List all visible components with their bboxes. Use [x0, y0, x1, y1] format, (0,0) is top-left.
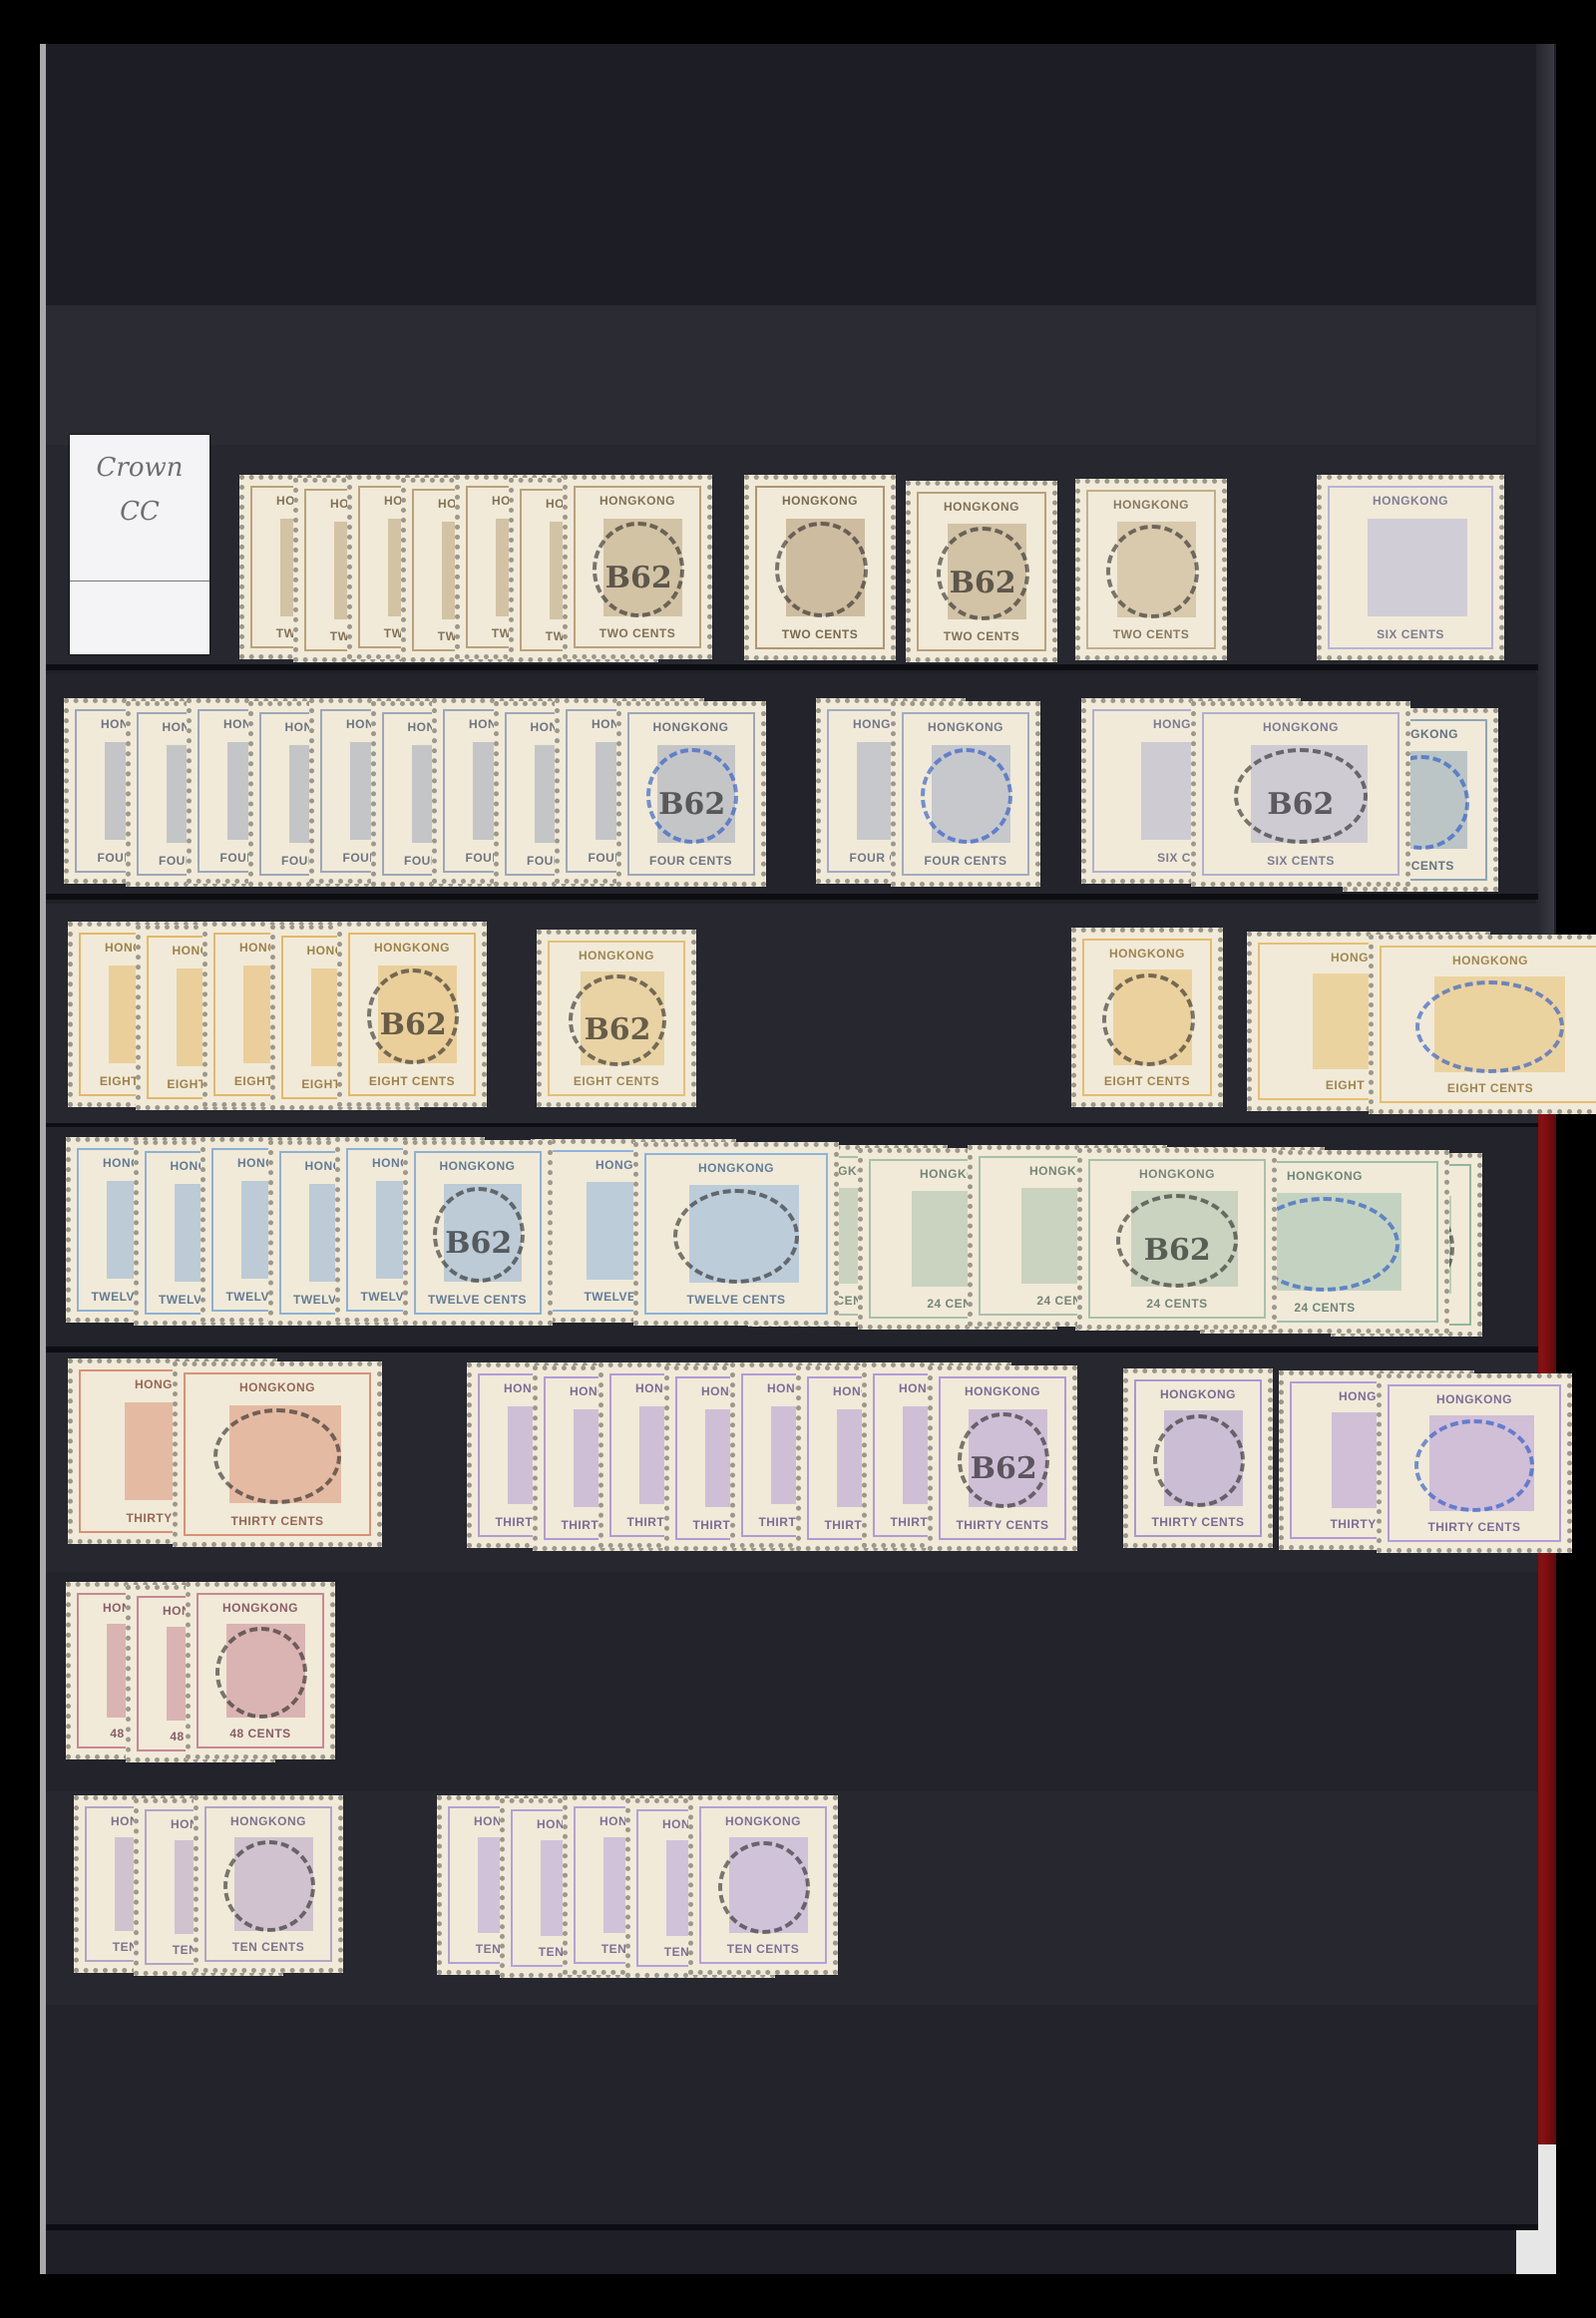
stamp-twelve-cents-strip[interactable]: HONGKONGTWELVE CENTSB62: [403, 1140, 553, 1326]
postmark-cancel: [718, 1841, 810, 1934]
stamp-country: HONGKONG: [1374, 954, 1596, 967]
stamp-ten-cents-a[interactable]: HONGKONGTEN CENTS: [194, 1795, 343, 1973]
postmark-cancel: B62: [433, 1187, 525, 1283]
stamp-country: HONGKONG: [1196, 720, 1405, 734]
stamp-country: HONGKONG: [342, 941, 482, 955]
page-top-band: [46, 44, 1538, 305]
stamp-two-cents-a[interactable]: HONGKONGTWO CENTS: [744, 475, 896, 660]
stamp-country: HONGKONG: [568, 494, 707, 508]
postmark-cancel: B62: [1116, 1194, 1238, 1288]
stamp-value: EIGHT CENTS: [1076, 1074, 1218, 1088]
stamp-ten-cents-b[interactable]: HONGKONGTEN CENTS: [688, 1795, 838, 1975]
stamp-value: 24 CENTS: [1082, 1297, 1272, 1311]
stamp-value: FOUR CENTS: [621, 854, 761, 868]
strip-divider: [46, 664, 1538, 670]
postmark-number: B62: [962, 1451, 1045, 1486]
stamp-thirty-cents-vermilion[interactable]: HONGKONGTHIRTY CENTS: [173, 1361, 382, 1547]
stamp-value: EIGHT CENTS: [542, 1074, 691, 1088]
stamp-six-cents-pair[interactable]: HONGKONGSIX CENTSB62: [1191, 701, 1410, 887]
stamp-country: HONGKONG: [749, 494, 891, 508]
stamp-eight-cents-single[interactable]: HONGKONGEIGHT CENTSB62: [537, 930, 696, 1107]
stamp-value: FOUR CENTS: [896, 854, 1035, 868]
label-rule: [70, 580, 209, 581]
label-line-1: Crown: [70, 453, 209, 483]
stamp-thirty-cents-a[interactable]: HONGKONGTHIRTY CENTS: [1123, 1368, 1273, 1548]
postmark-number: B62: [650, 787, 734, 822]
stamp-value: TWO CENTS: [1080, 627, 1222, 641]
stamp-two-cents-strip[interactable]: HONGKONGTWO CENTSB62: [563, 475, 712, 659]
stamp-value: SIX CENTS: [1196, 854, 1405, 868]
strip-divider: [46, 2224, 1538, 2230]
strip-divider: [46, 894, 1538, 900]
postmark-number: B62: [597, 561, 680, 595]
postmark-cancel: B62: [646, 748, 738, 844]
label-line-2: CC: [70, 497, 209, 527]
stamp-value: TWO CENTS: [911, 629, 1052, 643]
stamp-value: 48 CENTS: [191, 1727, 330, 1740]
stamp-value: TEN CENTS: [199, 1940, 338, 1954]
stamp-eight-cents-strip[interactable]: HONGKONGEIGHT CENTSB62: [337, 922, 487, 1107]
stamp-thirty-cents-mauve-strip[interactable]: HONGKONGTHIRTY CENTSB62: [928, 1365, 1077, 1551]
stamp-twelve-cents-pair[interactable]: HONGKONGTWELVE CENTS: [633, 1142, 839, 1326]
postmark-cancel: B62: [958, 1412, 1049, 1508]
stamp-country: HONGKONG: [408, 1159, 548, 1173]
stamp-24-cents-strip[interactable]: HONGKONG24 CENTSB62: [1077, 1148, 1277, 1330]
stamp-value: TWELVE CENTS: [408, 1293, 548, 1307]
postmark-cancel: [215, 1627, 307, 1719]
stamp-country: HONGKONG: [933, 1384, 1072, 1398]
label-card: Crown CC: [70, 435, 209, 654]
postmark-cancel: [775, 522, 868, 617]
postmark-cancel: [921, 748, 1012, 844]
stamp-value: TWO CENTS: [749, 627, 891, 641]
stamp-eight-cents-pair[interactable]: HONGKONGEIGHT CENTS: [1369, 935, 1596, 1114]
postmark-cancel: [1106, 525, 1199, 618]
stamp-thirty-cents-pair[interactable]: HONGKONGTHIRTY CENTS: [1377, 1373, 1572, 1553]
stamp-value: THIRTY CENTS: [1128, 1515, 1268, 1529]
stamp-value: THIRTY CENTS: [178, 1514, 377, 1528]
stamp-country: HONGKONG: [1082, 1167, 1272, 1181]
stamp-country: HONGKONG: [693, 1814, 833, 1828]
postmark-number: B62: [437, 1226, 521, 1261]
stamp-six-cents-mint[interactable]: HONGKONGSIX CENTS: [1317, 475, 1504, 660]
stamp-country: HONGKONG: [1128, 1387, 1268, 1401]
queen-victoria-portrait: [1368, 519, 1467, 617]
postmark-cancel: [223, 1840, 315, 1932]
stamp-country: HONGKONG: [542, 949, 691, 963]
stamp-value: TWELVE CENTS: [638, 1293, 834, 1307]
stamp-country: HONGKONG: [191, 1601, 330, 1615]
stock-strip: [46, 2005, 1538, 2224]
stamp-value: TWO CENTS: [568, 626, 707, 640]
stamp-country: HONGKONG: [1322, 494, 1499, 508]
stamp-country: HONGKONG: [621, 720, 761, 734]
stamp-country: HONGKONG: [896, 720, 1035, 734]
page-second-band: [46, 305, 1538, 455]
postmark-number: B62: [573, 1012, 662, 1047]
postmark-number: B62: [1238, 787, 1364, 822]
stamp-eight-cents-a[interactable]: HONGKONGEIGHT CENTS: [1071, 928, 1223, 1107]
postmark-cancel: B62: [1234, 748, 1368, 844]
stamp-forty-eight-cents[interactable]: HONGKONG48 CENTS: [186, 1582, 335, 1759]
stamp-country: HONGKONG: [178, 1380, 377, 1394]
stamp-two-cents-c[interactable]: HONGKONGTWO CENTS: [1075, 479, 1227, 660]
postmark-number: B62: [1120, 1233, 1234, 1268]
postmark-cancel: B62: [367, 968, 459, 1064]
postmark-cancel: [673, 1189, 799, 1284]
stamp-country: HONGKONG: [638, 1161, 834, 1175]
postmark-cancel: [213, 1408, 341, 1504]
stamp-value: EIGHT CENTS: [1374, 1081, 1596, 1095]
stamp-four-cents-pair[interactable]: HONGKONGFOUR CENTS: [891, 701, 1040, 887]
stamp-country: HONGKONG: [199, 1814, 338, 1828]
postmark-cancel: B62: [937, 527, 1029, 620]
postmark-cancel: B62: [593, 522, 684, 617]
postmark-number: B62: [941, 566, 1025, 600]
stamp-value: TEN CENTS: [693, 1942, 833, 1956]
stamp-country: HONGKONG: [911, 500, 1052, 514]
stamp-country: HONGKONG: [1076, 947, 1218, 961]
stamp-country: HONGKONG: [1382, 1392, 1567, 1406]
stamp-four-cents-strip[interactable]: HONGKONGFOUR CENTSB62: [616, 701, 766, 887]
postmark-cancel: [1414, 1419, 1534, 1512]
stamp-value: THIRTY CENTS: [1382, 1520, 1567, 1534]
stamp-value: EIGHT CENTS: [342, 1074, 482, 1088]
postmark-cancel: B62: [569, 974, 666, 1066]
postmark-cancel: [1102, 973, 1195, 1066]
postmark-number: B62: [371, 1007, 455, 1042]
stamp-two-cents-b[interactable]: HONGKONGTWO CENTSB62: [906, 481, 1057, 662]
stamp-value: SIX CENTS: [1322, 627, 1499, 641]
stamp-value: THIRTY CENTS: [933, 1518, 1072, 1532]
postmark-cancel: [1153, 1414, 1245, 1507]
stamp-country: HONGKONG: [1080, 498, 1222, 512]
postmark-cancel: [1415, 980, 1563, 1073]
